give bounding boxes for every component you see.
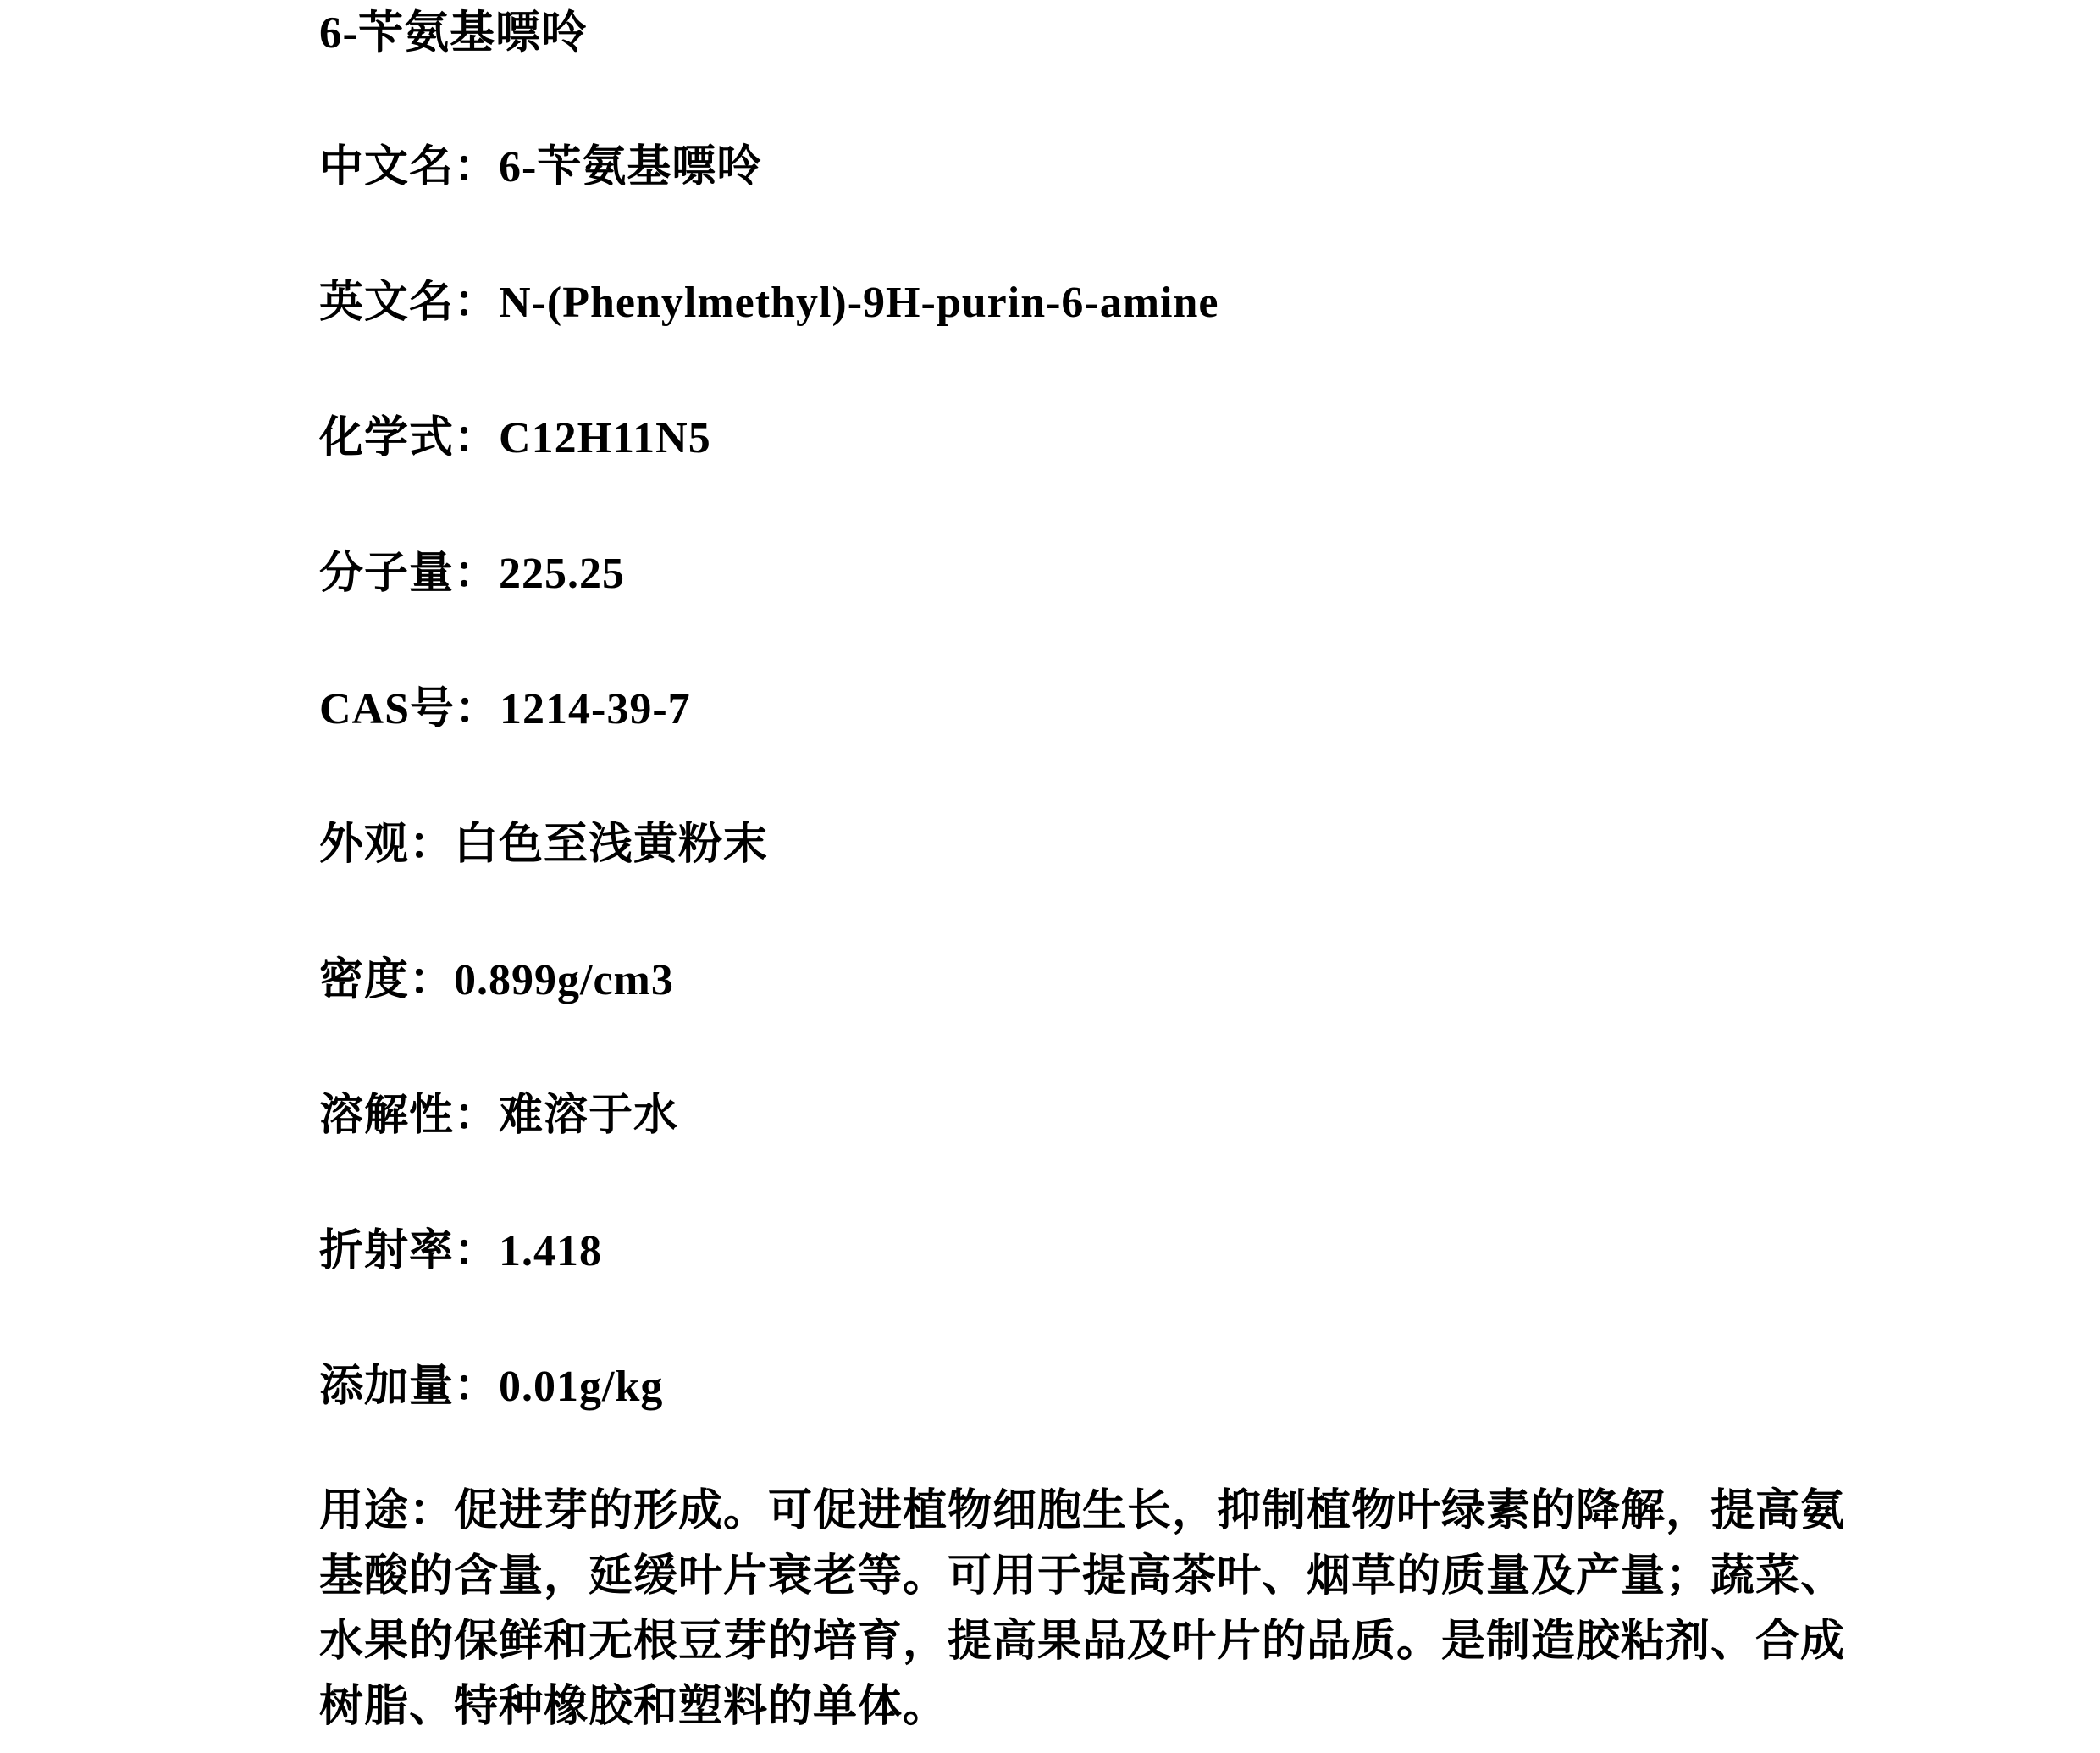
property-value: 0.01g/kg [499,1363,663,1411]
colon-separator: ： [409,956,454,1004]
colon-separator: ： [454,414,499,462]
property-row-chemical-formula: 化学式：C12H11N5 [319,414,711,462]
colon-separator: ： [454,279,499,327]
property-label: 折射率 [319,1227,454,1275]
property-value: N-(Phenylmethyl)-9H-purin-6-amine [499,279,1219,327]
property-row-solubility: 溶解性：难溶于水 [319,1092,678,1140]
usage-line: 用途：促进芽的形成。可促进植物细胞生长，抑制植物叶绿素的降解，提高氨 [319,1479,1845,1544]
property-value: 6-苄氨基嘌呤 [499,143,761,191]
colon-separator: ： [454,143,499,191]
property-row-refractive-index: 折射率：1.418 [319,1227,602,1275]
property-value: 难溶于水 [499,1092,678,1140]
colon-separator: ： [455,685,500,733]
property-value: 0.899g/cm3 [454,956,674,1004]
property-value: 1.418 [499,1227,602,1275]
colon-separator: ： [454,550,499,598]
property-row-chinese-name: 中文名：6-苄氨基嘌呤 [319,143,761,191]
colon-separator: ： [454,1092,499,1140]
document-page: 6-苄氨基嘌呤 中文名：6-苄氨基嘌呤 英文名：N-(Phenylmethyl)… [0,0,2100,1753]
property-row-density: 密度：0.899g/cm3 [319,956,674,1004]
property-label: 密度 [319,956,409,1004]
property-row-english-name: 英文名：N-(Phenylmethyl)-9H-purin-6-amine [319,279,1219,327]
property-value: 1214-39-7 [500,685,691,733]
document-title: 6-苄氨基嘌呤 [319,8,587,58]
property-row-appearance: 外观：白色至浅黄粉末 [319,821,768,869]
property-value: C12H11N5 [499,414,711,462]
property-label: 中文名 [319,143,454,191]
property-value: 白色至浅黄粉末 [454,821,768,869]
property-label: 分子量 [319,550,454,598]
property-label: 化学式 [319,414,454,462]
colon-separator: ： [454,1363,499,1411]
usage-paragraph: 用途：促进芽的形成。可促进植物细胞生长，抑制植物叶绿素的降解，提高氨 基酸的含量… [319,1479,1845,1739]
property-row-cas-number: CAS号：1214-39-7 [319,685,691,733]
usage-line: 基酸的含量，延缓叶片衰老等。可用于提高茶叶、烟草的质量及产量；蔬菜、 [319,1544,1845,1609]
property-label: 添加量 [319,1363,454,1411]
property-label: CAS号 [319,685,455,733]
usage-line: 树脂、特种橡胶和塑料的单体。 [319,1674,1845,1739]
property-value: 225.25 [499,550,625,598]
colon-separator: ： [409,821,454,869]
property-label: 溶解性 [319,1092,454,1140]
colon-separator: ： [454,1227,499,1275]
property-label: 外观 [319,821,409,869]
property-row-molecular-weight: 分子量：225.25 [319,550,625,598]
property-label: 英文名 [319,279,454,327]
usage-line: 水果的保鲜和无根豆芽的培育，提高果品及叶片的品质。是制造胶粘剂、合成 [319,1609,1845,1674]
property-row-dosage: 添加量：0.01g/kg [319,1363,663,1411]
